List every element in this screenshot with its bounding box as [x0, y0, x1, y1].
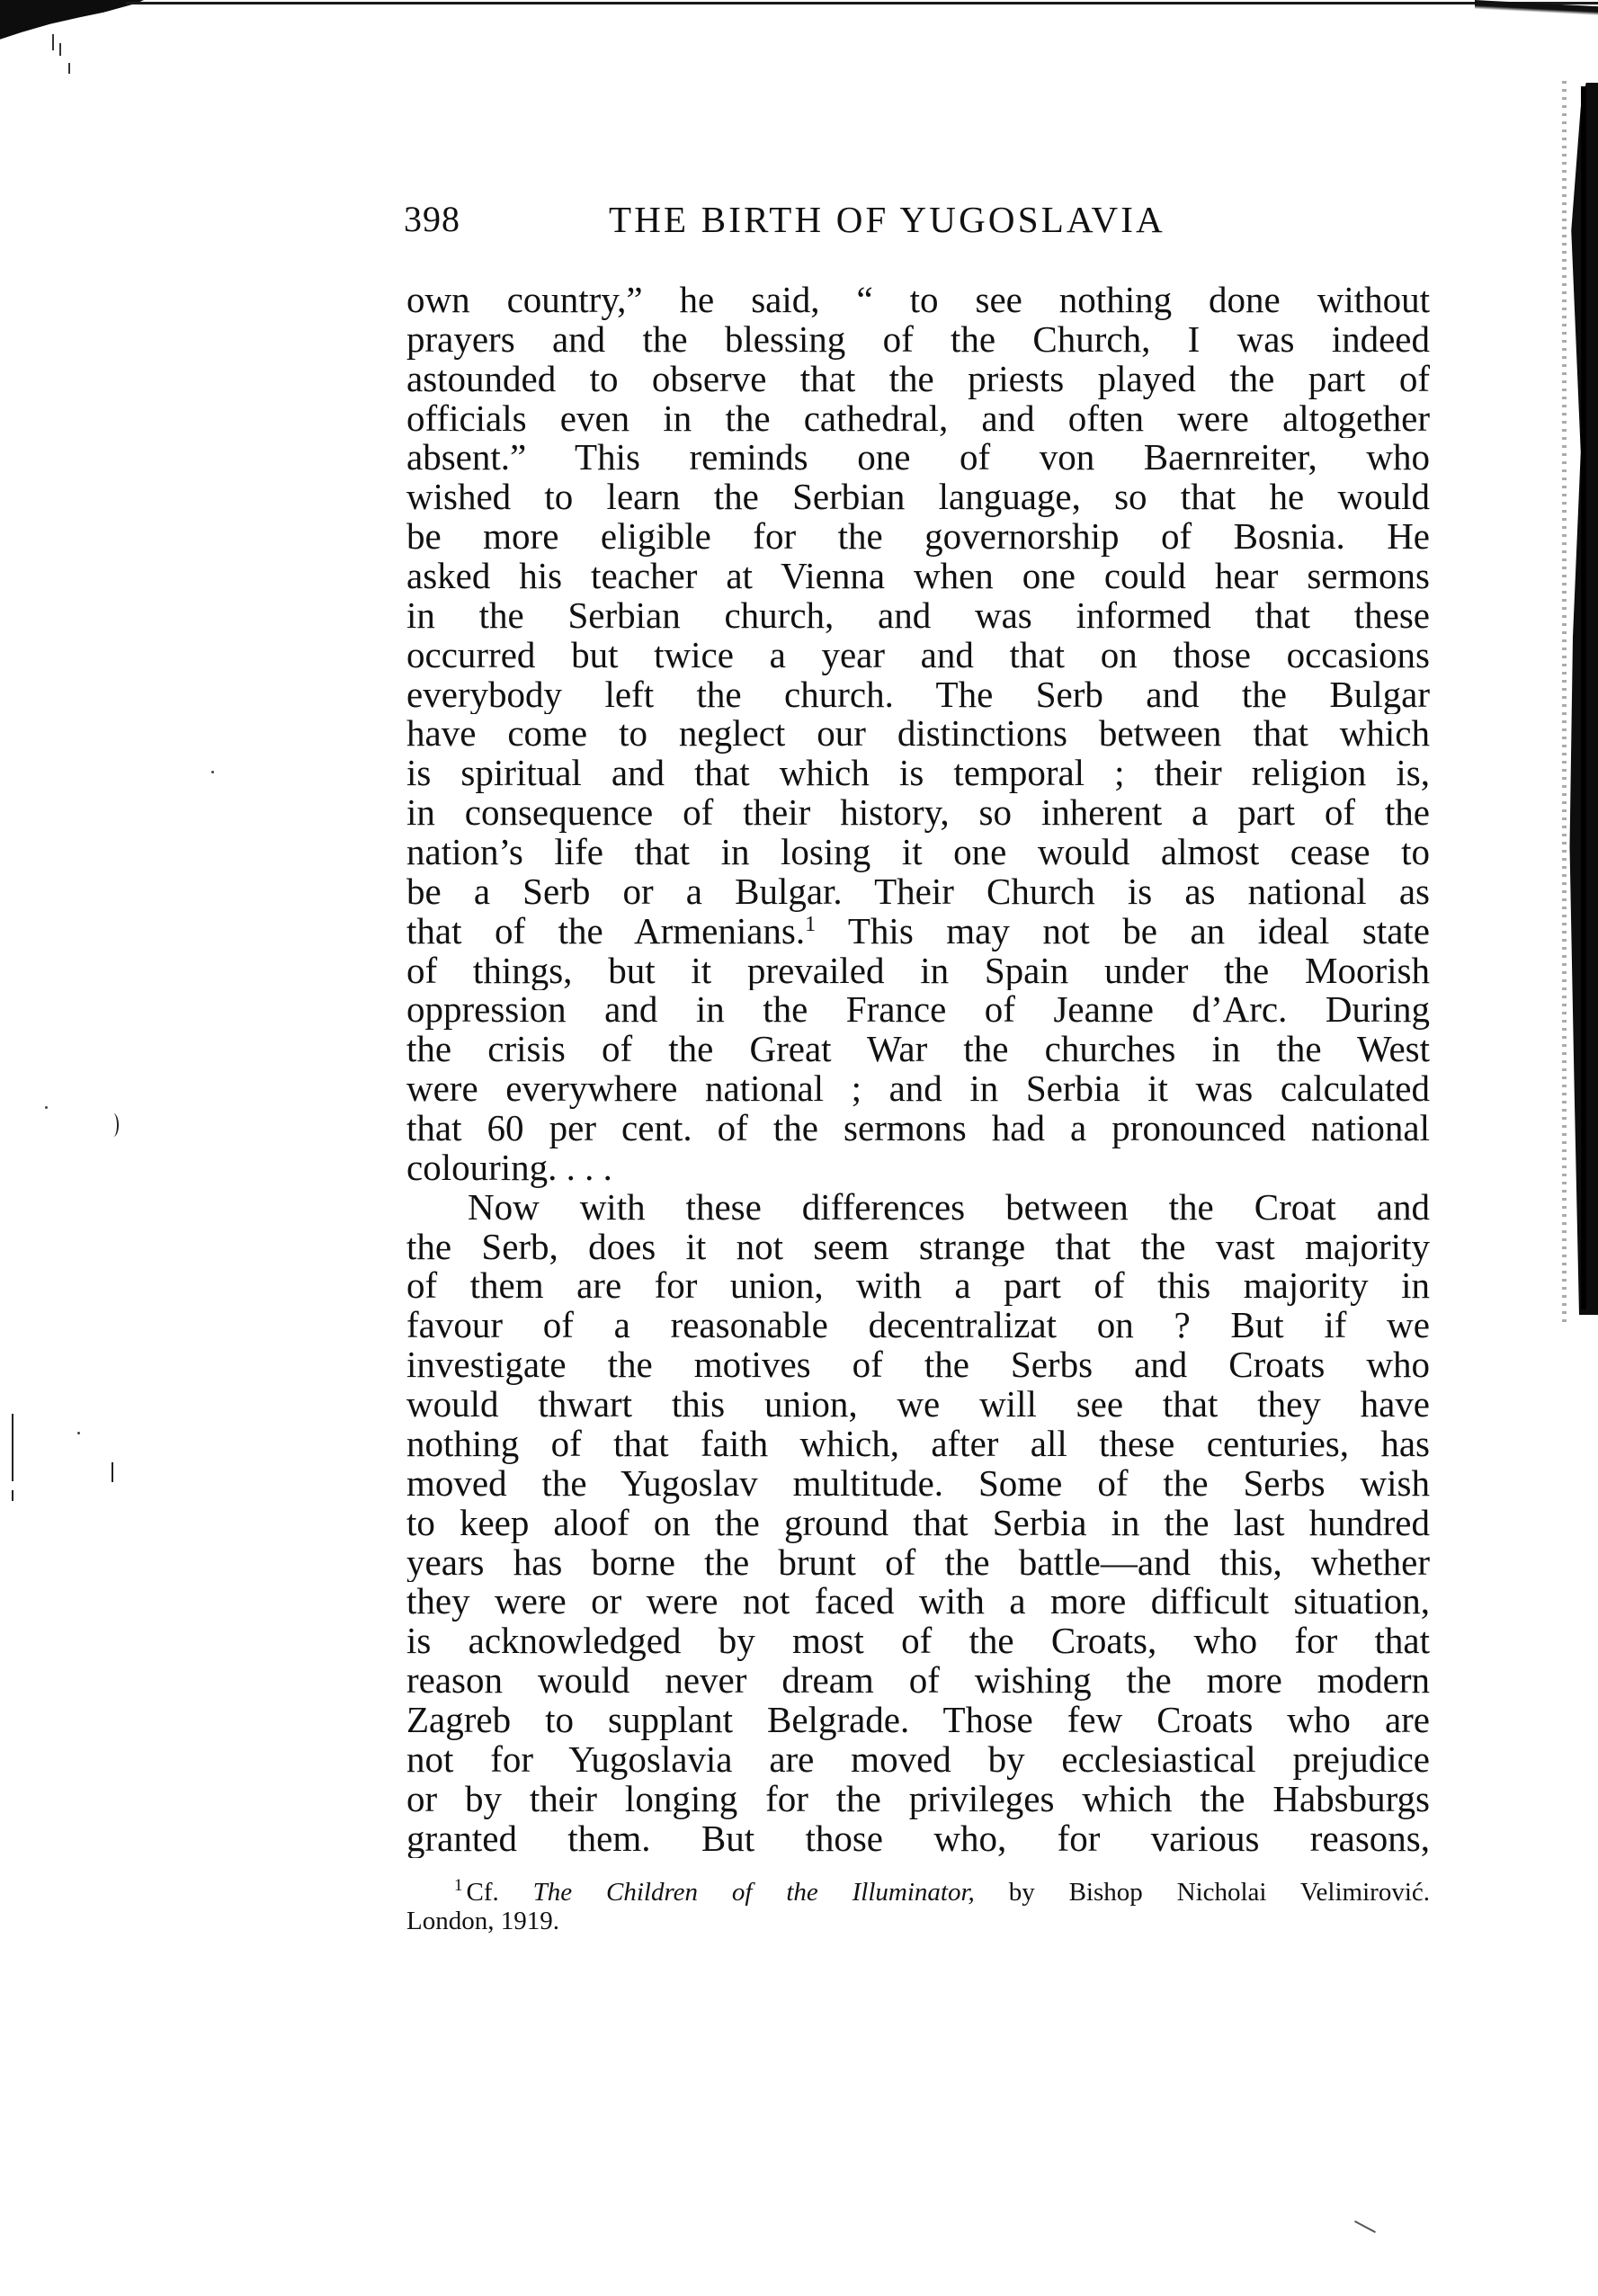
text-line: they were or were not faced with a more … — [406, 1582, 1430, 1621]
text-line: in consequence of their history, so inhe… — [406, 793, 1430, 833]
text-line: astounded to observe that the priests pl… — [406, 360, 1430, 399]
footnote-line: London, 1919. — [406, 1907, 1430, 1935]
margin-mark — [12, 1414, 13, 1481]
running-head: 398 THE BIRTH OF YUGOSLAVIA — [404, 200, 1430, 239]
text-line: be a Serb or a Bulgar. Their Church is a… — [406, 872, 1430, 912]
footnote-reference[interactable]: 1 — [805, 913, 816, 936]
binding-shadow-speckle — [1562, 81, 1567, 1322]
text-fragment: that of the Armenians. — [406, 912, 805, 951]
binding-edge-line — [1581, 86, 1586, 1309]
margin-speck — [77, 1432, 80, 1434]
text-line: investigate the motives of the Serbs and… — [406, 1345, 1430, 1385]
text-line: to keep aloof on the ground that Serbia … — [406, 1504, 1430, 1543]
text-line: the Serb, does it not seem strange that … — [406, 1228, 1430, 1267]
text-line: oppression and in the France of Jeanne d… — [406, 990, 1430, 1030]
text-line: be more eligible for the governorship of… — [406, 517, 1430, 557]
text-line: asked his teacher at Vienna when one cou… — [406, 557, 1430, 596]
text-line: is spiritual and that which is temporal … — [406, 754, 1430, 793]
text-line: nation’s life that in losing it one woul… — [406, 833, 1430, 872]
text-line: wished to learn the Serbian language, so… — [406, 478, 1430, 517]
text-line-paragraph-start: Now with these differences between the C… — [406, 1188, 1430, 1228]
text-line: granted them. But those who, for various… — [406, 1819, 1430, 1859]
footnote-cited-title: The Children of the Illuminator, — [533, 1878, 975, 1907]
footnote-marker: 1 — [454, 1878, 463, 1895]
stray-mark — [1354, 2220, 1376, 2233]
margin-speck — [211, 771, 214, 773]
text-fragment: This may not be an ideal state — [848, 912, 1430, 951]
text-line: reason would never dream of wishing the … — [406, 1661, 1430, 1701]
footnote-prefix: Cf. — [467, 1878, 499, 1907]
text-line: nothing of that faith which, after all t… — [406, 1425, 1430, 1464]
text-line: own country,” he said, “ to see nothing … — [406, 281, 1430, 320]
footnote-line: 1Cf. The Children of the Illuminator, by… — [406, 1878, 1430, 1907]
text-line: years has borne the brunt of the battle—… — [406, 1543, 1430, 1583]
scan-speck — [59, 43, 61, 56]
margin-mark — [12, 1490, 13, 1501]
text-line: not for Yugoslavia are moved by ecclesia… — [406, 1740, 1430, 1780]
text-line: have come to neglect our distinctions be… — [406, 714, 1430, 754]
scan-speck — [68, 63, 70, 74]
scan-corner-shadow — [0, 0, 144, 41]
text-line: officials even in the cathedral, and oft… — [406, 399, 1430, 439]
margin-speck — [45, 1106, 48, 1109]
text-line: that 60 per cent. of the sermons had a p… — [406, 1109, 1430, 1148]
text-line: would thwart this union, we will see tha… — [406, 1385, 1430, 1425]
footnote: 1Cf. The Children of the Illuminator, by… — [406, 1878, 1430, 1935]
text-line: everybody left the church. The Serb and … — [406, 675, 1430, 715]
text-line: or by their longing for the privileges w… — [406, 1780, 1430, 1819]
scan-speck — [52, 34, 54, 50]
body-text: own country,” he said, “ to see nothing … — [406, 281, 1430, 1858]
text-line: the crisis of the Great War the churches… — [406, 1030, 1430, 1069]
running-title: THE BIRTH OF YUGOSLAVIA — [609, 200, 1229, 239]
scan-top-edge-line — [126, 2, 1598, 4]
text-line: of them are for union, with a part of th… — [406, 1266, 1430, 1306]
page-number: 398 — [404, 200, 460, 239]
margin-mark — [112, 1462, 113, 1482]
book-page: 398 THE BIRTH OF YUGOSLAVIA own country,… — [0, 0, 1598, 2296]
text-line: prayers and the blessing of the Church, … — [406, 320, 1430, 360]
text-line: were everywhere national ; and in Serbia… — [406, 1069, 1430, 1109]
text-line-with-footnote-ref: that of the Armenians.1 This may not be … — [406, 912, 1430, 951]
text-line: in the Serbian church, and was informed … — [406, 596, 1430, 636]
text-line: favour of a reasonable decentralizat on … — [406, 1306, 1430, 1345]
footnote-author: by Bishop Nicholai Velimirović. — [1009, 1878, 1430, 1907]
text-line: of things, but it prevailed in Spain und… — [406, 951, 1430, 991]
text-line: absent.” This reminds one of von Baernre… — [406, 438, 1430, 478]
text-line: Zagreb to supplant Belgrade. Those few C… — [406, 1701, 1430, 1740]
text-line: moved the Yugoslav multitude. Some of th… — [406, 1464, 1430, 1504]
text-line: is acknowledged by most of the Croats, w… — [406, 1621, 1430, 1661]
text-line: occurred but twice a year and that on th… — [406, 636, 1430, 675]
margin-mark — [108, 1113, 119, 1137]
text-line-paragraph-end: colouring. . . . — [406, 1148, 1430, 1188]
